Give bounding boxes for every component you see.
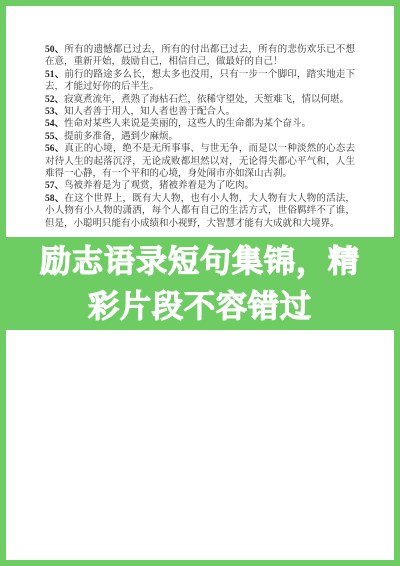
quote-text: 性命对某些人来说是美丽的，这些人的生命都为某个奋斗。 — [64, 119, 311, 129]
quote-text: 提前多准备，遇到少麻烦。 — [64, 132, 178, 142]
quote-item: 50、所有的遗憾都已过去，所有的付出都已过去，所有的悲伤欢乐已不想在意，重新开始… — [45, 44, 355, 69]
quote-item: 54、性命对某些人来说是美丽的，这些人的生命都为某个奋斗。 — [45, 118, 355, 130]
quote-number: 57、 — [45, 181, 64, 191]
quote-item: 57、鸟被养着是为了观赏，猪被养着是为了吃肉。 — [45, 180, 355, 192]
quote-item: 53、知人者善于用人，知人者也善于配合人。 — [45, 106, 355, 118]
quote-text: 在这个世界上，既有大人物，也有小人物，大人物有大人物的活法，小人物有小人物的潇洒… — [45, 194, 355, 229]
quote-number: 52、 — [45, 95, 64, 105]
quotes-section: 50、所有的遗憾都已过去，所有的付出都已过去，所有的悲伤欢乐已不想在意，重新开始… — [45, 44, 355, 230]
quote-number: 54、 — [45, 119, 64, 129]
quote-text: 前行的路途多么长，想太多也没用，只有一步一个脚印，踏实地走下去，才能过好你的后半… — [45, 70, 355, 92]
quote-text: 所有的遗憾都已过去，所有的付出都已过去，所有的悲伤欢乐已不想在意，重新开始，鼓励… — [45, 45, 355, 67]
quote-item: 55、提前多准备，遇到少麻烦。 — [45, 131, 355, 143]
banner-title-line-2: 彩片段不容错过 — [88, 284, 312, 329]
quote-text: 鸟被养着是为了观赏，猪被养着是为了吃肉。 — [64, 181, 254, 191]
quote-item: 52、寂寞煮流年，煮熟了海枯石烂，依稀守望处，天堑难飞，情以何堪。 — [45, 94, 355, 106]
quote-item: 58、在这个世界上，既有大人物，也有小人物，大人物有大人物的活法，小人物有小人物… — [45, 193, 355, 230]
quote-number: 51、 — [45, 70, 64, 80]
banner-title-line-1: 励志语录短句集锦，精 — [40, 239, 360, 284]
quote-text: 寂寞煮流年，煮熟了海枯石烂，依稀守望处，天堑难飞，情以何堪。 — [64, 95, 349, 105]
quote-text: 真正的心境，绝不是无所事事、与世无争，而是以一种淡然的心态去对待人生的起落沉浮，… — [45, 144, 355, 179]
quote-number: 56、 — [45, 144, 64, 154]
quote-number: 55、 — [45, 132, 64, 142]
title-banner: 励志语录短句集锦，精 彩片段不容错过 — [0, 237, 400, 330]
quote-number: 53、 — [45, 107, 64, 117]
quote-text: 知人者善于用人，知人者也善于配合人。 — [64, 107, 235, 117]
quote-item: 51、前行的路途多么长，想太多也没用，只有一步一个脚印，踏实地走下去，才能过好你… — [45, 69, 355, 94]
quote-number: 50、 — [45, 45, 64, 55]
quote-item: 56、真正的心境，绝不是无所事事、与世无争，而是以一种淡然的心态去对待人生的起落… — [45, 143, 355, 180]
quote-number: 58、 — [45, 194, 64, 204]
